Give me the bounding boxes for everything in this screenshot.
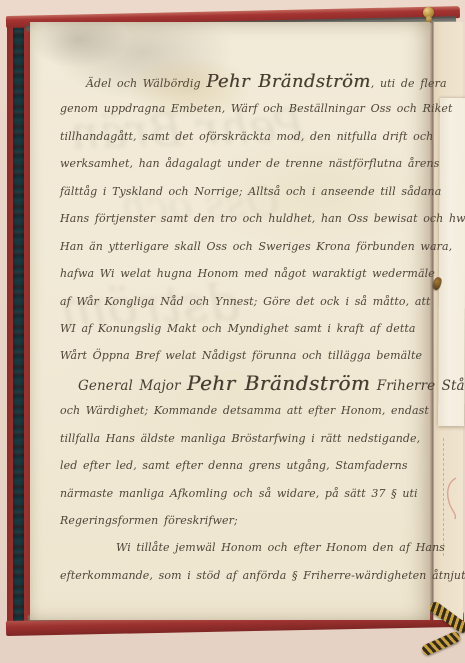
- text-line: Hans förtjenster samt den tro och huldhe…: [60, 205, 418, 232]
- text-line: Regeringsformen föreskrifwer;: [60, 507, 418, 534]
- ornate-name: Pehr Brändström: [187, 371, 370, 395]
- text-line: efterkommande, som i stöd af anförda § F…: [60, 562, 418, 589]
- text-line: General Major Pehr Brändström Friherre S…: [60, 370, 418, 397]
- marbled-edge: [13, 20, 24, 624]
- text-line: Han än ytterligare skall Oss och Swerige…: [60, 233, 418, 260]
- text-line: genom uppdragna Embeten, Wärf och Bestäl…: [60, 95, 418, 122]
- text-line: Wi tillåte jemwäl Honom och efter Honom …: [60, 534, 418, 561]
- handwritten-text: Ädel och Wälbördig Pehr Brändström, uti …: [60, 68, 418, 589]
- text-line: tillhandagått, samt det oförskräckta mod…: [60, 123, 418, 150]
- text-line: fälttåg i Tyskland och Norrige; Alltså o…: [60, 178, 418, 205]
- text-line: af Wår Kongliga Nåd och Ynnest; Göre det…: [60, 288, 418, 315]
- text-line: Ädel och Wälbördig Pehr Brändström, uti …: [60, 68, 418, 95]
- text-line: WI af Konungslig Makt och Myndighet samt…: [60, 315, 418, 342]
- text-line: närmaste manliga Afkomling och så widare…: [60, 480, 418, 507]
- scan-background: Pehr Brän dström Oss och Ädel och Wälbör…: [0, 0, 465, 663]
- manuscript-page: Pehr Brän dström Oss och Ädel och Wälbör…: [30, 22, 430, 620]
- text-line: led efter led, samt efter denna grens ut…: [60, 452, 418, 479]
- brass-pin: [423, 7, 434, 18]
- text-line: werksamhet, han ådagalagt under de trenn…: [60, 150, 418, 177]
- text-line: och Wärdighet; Kommande detsamma att eft…: [60, 397, 418, 424]
- text-line: hafwa Wi welat hugna Honom med något war…: [60, 260, 418, 287]
- book-cover-left-edge: [7, 17, 30, 627]
- ornate-name: Pehr Brändström: [206, 71, 371, 92]
- line-text: Ädel och Wälbördig: [86, 77, 206, 90]
- binding-cord: [420, 630, 461, 656]
- text-line: tillfalla Hans äldste manliga Bröstarfwi…: [60, 425, 418, 452]
- line-text: Friherre Stånd: [370, 378, 465, 394]
- text-line: Wårt Öppna Bref welat Nådigst förunna oc…: [60, 342, 418, 369]
- line-text: , uti de flera: [371, 77, 447, 90]
- red-ink-showthrough: [443, 438, 462, 556]
- line-text: General Major: [78, 378, 187, 394]
